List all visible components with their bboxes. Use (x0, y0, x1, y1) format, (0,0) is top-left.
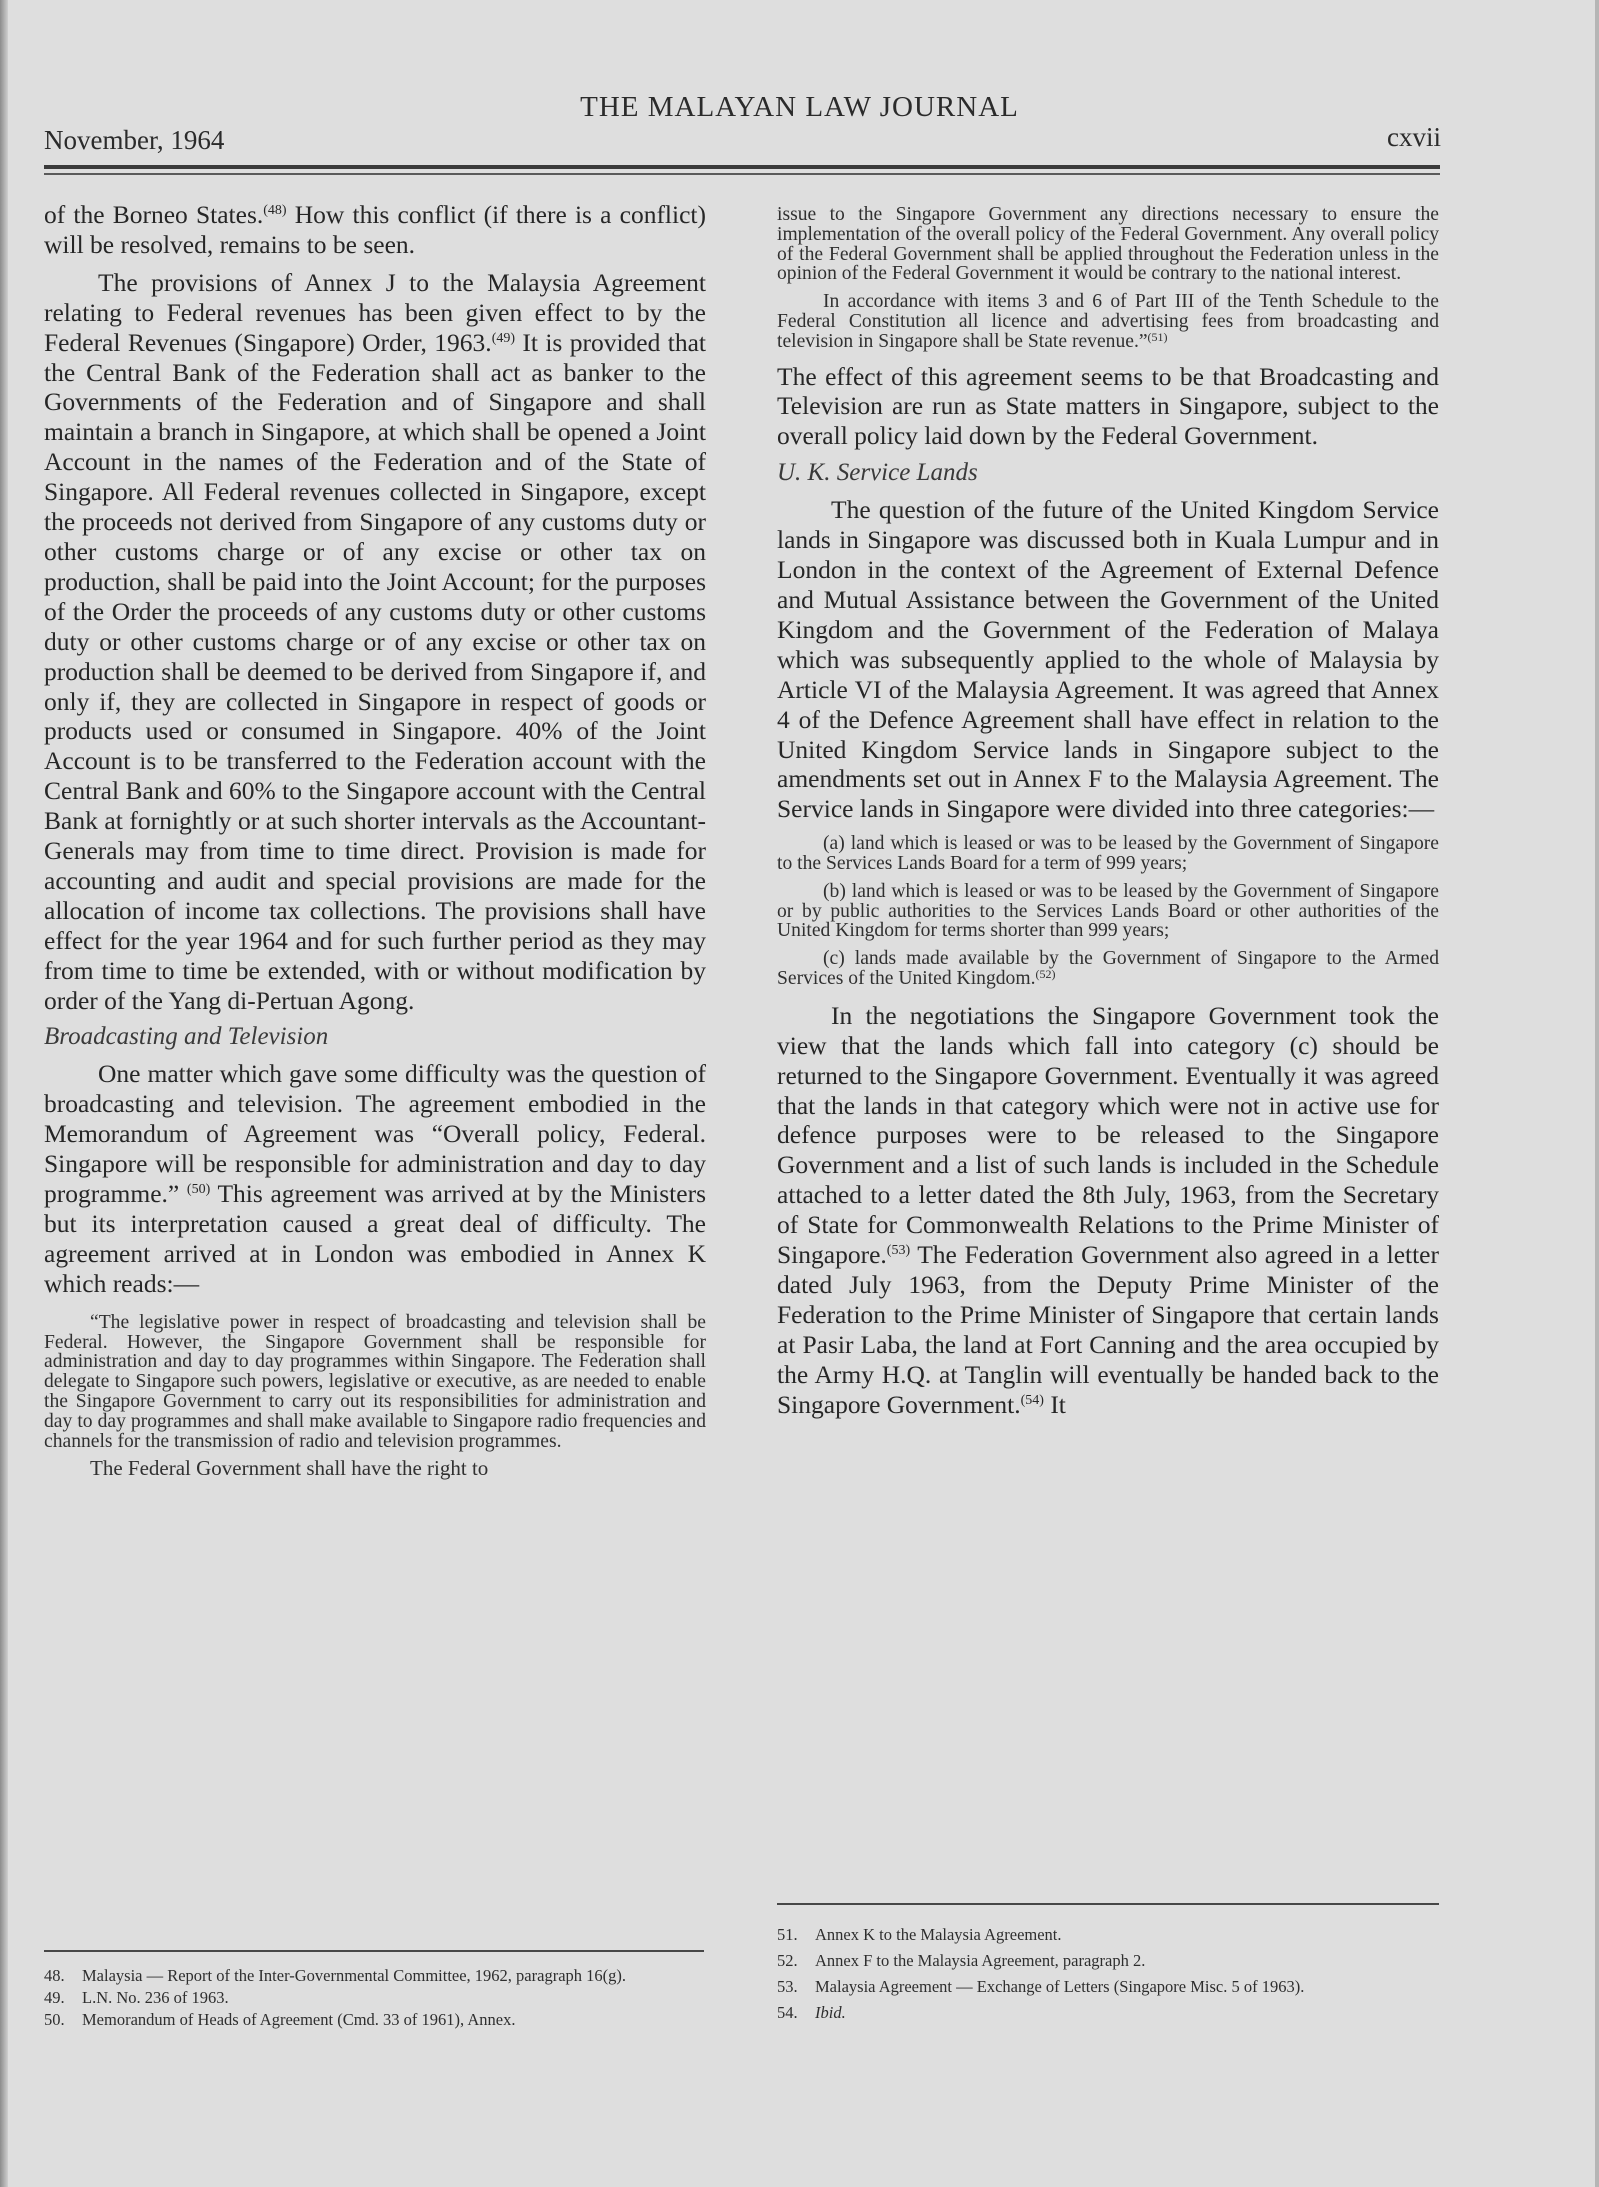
footnote-ref-51[interactable]: (51) (1148, 330, 1168, 344)
paragraph-uk-service-lands: The question of the future of the United… (777, 495, 1439, 824)
quote-annex-k-part2-start: The Federal Government shall have the ri… (44, 1459, 706, 1479)
right-column: issue to the Singapore Government any di… (777, 205, 1439, 1420)
category-c: (c) lands made available by the Governme… (777, 949, 1439, 989)
paragraph-borneo-conflict: of the Borneo States.(48) How this confl… (44, 200, 706, 260)
page-number: cxvii (1387, 122, 1441, 153)
footnote-ref-49[interactable]: (49) (492, 331, 515, 346)
paragraph-federal-revenues: The provisions of Annex J to the Malaysi… (44, 268, 706, 1016)
quote-tenth-schedule: In accordance with items 3 and 6 of Part… (777, 292, 1439, 351)
right-footnotes: 51. Annex K to the Malaysia Agreement. 5… (777, 1925, 1439, 2025)
section-heading-uk-service-lands: U. K. Service Lands (777, 459, 1439, 487)
category-a: (a) land which is leased or was to be le… (777, 834, 1439, 874)
footnote-54: 54. Ibid. (777, 2003, 1439, 2023)
journal-page: THE MALAYAN LAW JOURNAL November, 1964 c… (0, 0, 1599, 2187)
page-edge (1595, 0, 1599, 2187)
footnote-51: 51. Annex K to the Malaysia Agreement. (777, 1925, 1439, 1945)
paragraph-broadcasting: One matter which gave some difficulty wa… (44, 1059, 706, 1298)
header-rule-thick (44, 165, 1440, 169)
footnote-ref-52[interactable]: (52) (1035, 967, 1055, 981)
paragraph-effect-of-agreement: The effect of this agreement seems to be… (777, 362, 1439, 452)
header-rule-thin (44, 173, 1440, 175)
page-binding-shadow (0, 0, 8, 2187)
footnote-48: 48. Malaysia — Report of the Inter-Gover… (44, 1966, 706, 1986)
paragraph-negotiations: In the negotiations the Singapore Govern… (777, 1001, 1439, 1420)
footnote-50: 50. Memorandum of Heads of Agreement (Cm… (44, 2010, 706, 2030)
footnote-49: 49. L.N. No. 236 of 1963. (44, 1988, 706, 2008)
quote-annex-k-part1: “The legislative power in respect of bro… (44, 1313, 706, 1452)
footnote-rule-right (777, 1903, 1439, 1905)
category-b: (b) land which is leased or was to be le… (777, 882, 1439, 941)
footnote-rule-left (44, 1950, 704, 1952)
footnote-ref-50[interactable]: (50) (187, 1182, 210, 1197)
left-footnotes: 48. Malaysia — Report of the Inter-Gover… (44, 1966, 706, 2032)
footnote-53: 53. Malaysia Agreement — Exchange of Let… (777, 1977, 1439, 1997)
footnote-52: 52. Annex F to the Malaysia Agreement, p… (777, 1951, 1439, 1971)
issue-date: November, 1964 (44, 125, 224, 156)
quote-annex-k-part2-cont: issue to the Singapore Government any di… (777, 205, 1439, 284)
footnote-ref-54[interactable]: (54) (1021, 1393, 1044, 1408)
left-column: of the Borneo States.(48) How this confl… (44, 200, 706, 1479)
footnote-ref-48[interactable]: (48) (263, 203, 286, 218)
footnote-ref-53[interactable]: (53) (887, 1243, 910, 1258)
section-heading-broadcasting: Broadcasting and Television (44, 1023, 706, 1051)
journal-title: THE MALAYAN LAW JOURNAL (0, 91, 1599, 124)
